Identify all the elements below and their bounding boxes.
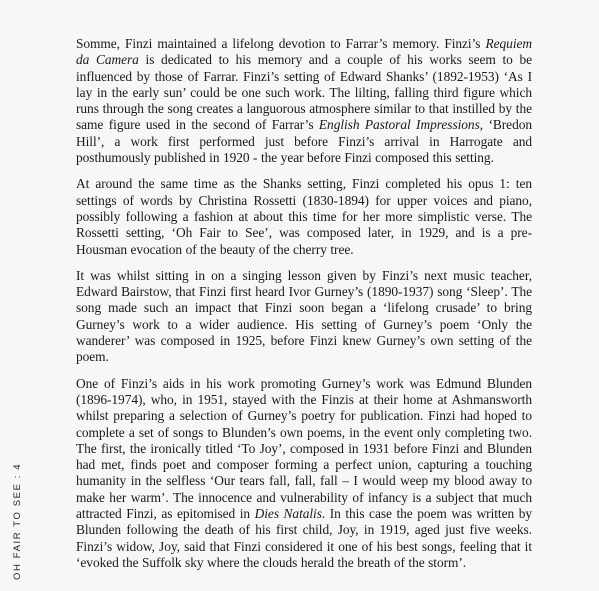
text-segment: Somme, Finzi maintained a lifelong devot… [76,36,486,51]
text-segment: It was whilst sitting in on a singing le… [76,268,532,364]
work-title-dies-natalis: Dies Natalis [255,506,322,521]
booklet-page-body: Somme, Finzi maintained a lifelong devot… [76,36,532,581]
paragraph-blunden-songs: One of Finzi’s aids in his work promotin… [76,376,532,572]
paragraph-rossetti-settings: At around the same time as the Shanks se… [76,176,532,257]
text-segment: At around the same time as the Shanks se… [76,176,532,256]
paragraph-gurney-discovery: It was whilst sitting in on a singing le… [76,268,532,366]
paragraph-farrar-influence: Somme, Finzi maintained a lifelong devot… [76,36,532,166]
text-segment: One of Finzi’s aids in his work promotin… [76,376,532,521]
work-title-english-pastoral-impressions: English Pastoral Impressions [319,117,480,132]
running-title-page-number: OH FAIR TO SEE : 4 [12,463,24,580]
